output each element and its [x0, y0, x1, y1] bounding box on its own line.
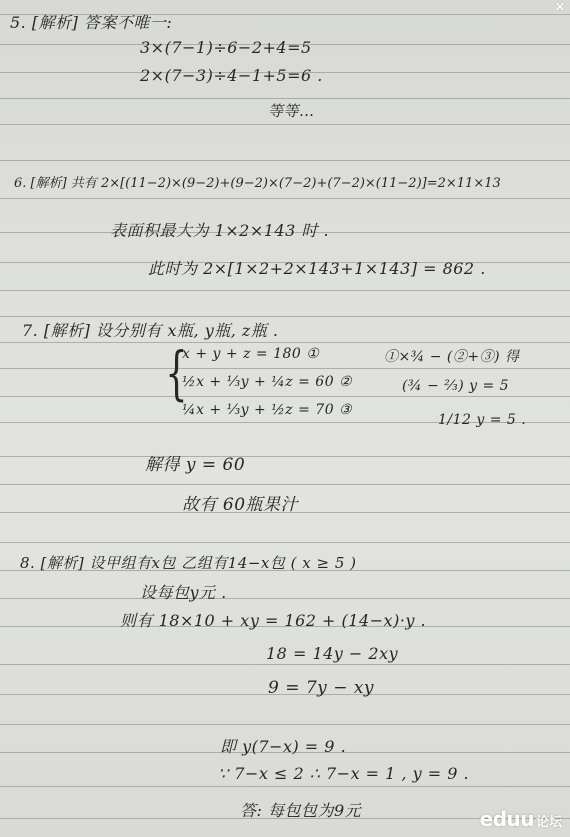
ruled-line: [0, 456, 570, 457]
problem-6-line: 表面积最大为 1×2×143 时 .: [110, 218, 329, 241]
notebook-page: 5. [解析] 答案不唯一: 3×(7−1)÷6−2+4=5 2×(7−3)÷4…: [0, 0, 570, 837]
side-work-line: (¾ − ⅔) y = 5: [402, 378, 509, 394]
ruled-line: [0, 198, 570, 199]
problem-8-heading: 8. [解析] 设甲组有x包 乙组有14−x包 ( x ≥ 5 ): [20, 552, 357, 573]
side-work-line: 1/12 y = 5 .: [438, 412, 526, 428]
ruled-line: [0, 396, 570, 397]
ruled-line: [0, 664, 570, 665]
problem-7-heading: 7. [解析] 设分别有 x瓶, y瓶, z瓶 .: [22, 318, 279, 341]
ruled-line: [0, 724, 570, 725]
ruled-line: [0, 290, 570, 291]
problem-5-line: 等等…: [268, 100, 315, 121]
equation-3: ¼x + ⅓y + ½z = 70 ③: [182, 402, 352, 418]
ruled-line: [0, 598, 570, 599]
problem-8-line: 9 = 7y − xy: [268, 678, 374, 698]
close-icon[interactable]: ×: [553, 0, 567, 14]
ruled-line: [0, 786, 570, 787]
problem-8-line: 即 y(7−x) = 9 .: [220, 734, 346, 757]
problem-5-line: 3×(7−1)÷6−2+4=5: [140, 38, 312, 57]
problem-6-line: 此时为 2×[1×2+2×143+1×143] = 862 .: [148, 256, 486, 279]
watermark-logo: eduu论坛: [480, 807, 562, 831]
equation-2: ½x + ⅓y + ¼z = 60 ②: [182, 374, 352, 390]
problem-8-line: 则有 18×10 + xy = 162 + (14−x)·y .: [120, 608, 426, 631]
watermark-subtext: 论坛: [536, 815, 562, 830]
ruled-line: [0, 368, 570, 369]
problem-5-line: 2×(7−3)÷4−1+5=6 .: [140, 66, 323, 85]
ruled-line: [0, 160, 570, 161]
watermark-text: eduu: [480, 807, 534, 831]
problem-8-line: 设每包y元 .: [140, 580, 227, 603]
problem-8-answer: 答: 每包包为9元: [240, 798, 361, 821]
problem-7-line: 解得 y = 60: [145, 450, 245, 475]
problem-8-line: 18 = 14y − 2xy: [266, 644, 398, 663]
ruled-line: [0, 484, 570, 485]
problem-7-line: 故有 60瓶果汁: [182, 490, 298, 515]
side-work-line: ①×¾ − (②+③) 得: [384, 346, 520, 366]
ruled-line: [0, 316, 570, 317]
problem-5-heading: 5. [解析] 答案不唯一:: [10, 10, 172, 33]
ruled-line: [0, 342, 570, 343]
ruled-line: [0, 124, 570, 125]
problem-6-heading: 6. [解析] 共有 2×[(11−2)×(9−2)+(9−2)×(7−2)+(…: [14, 172, 501, 191]
equation-1: x + y + z = 180 ①: [182, 346, 319, 362]
problem-8-line: ∵ 7−x ≤ 2 ∴ 7−x = 1 , y = 9 .: [218, 764, 469, 783]
ruled-line: [0, 542, 570, 543]
ruled-line: [0, 98, 570, 99]
